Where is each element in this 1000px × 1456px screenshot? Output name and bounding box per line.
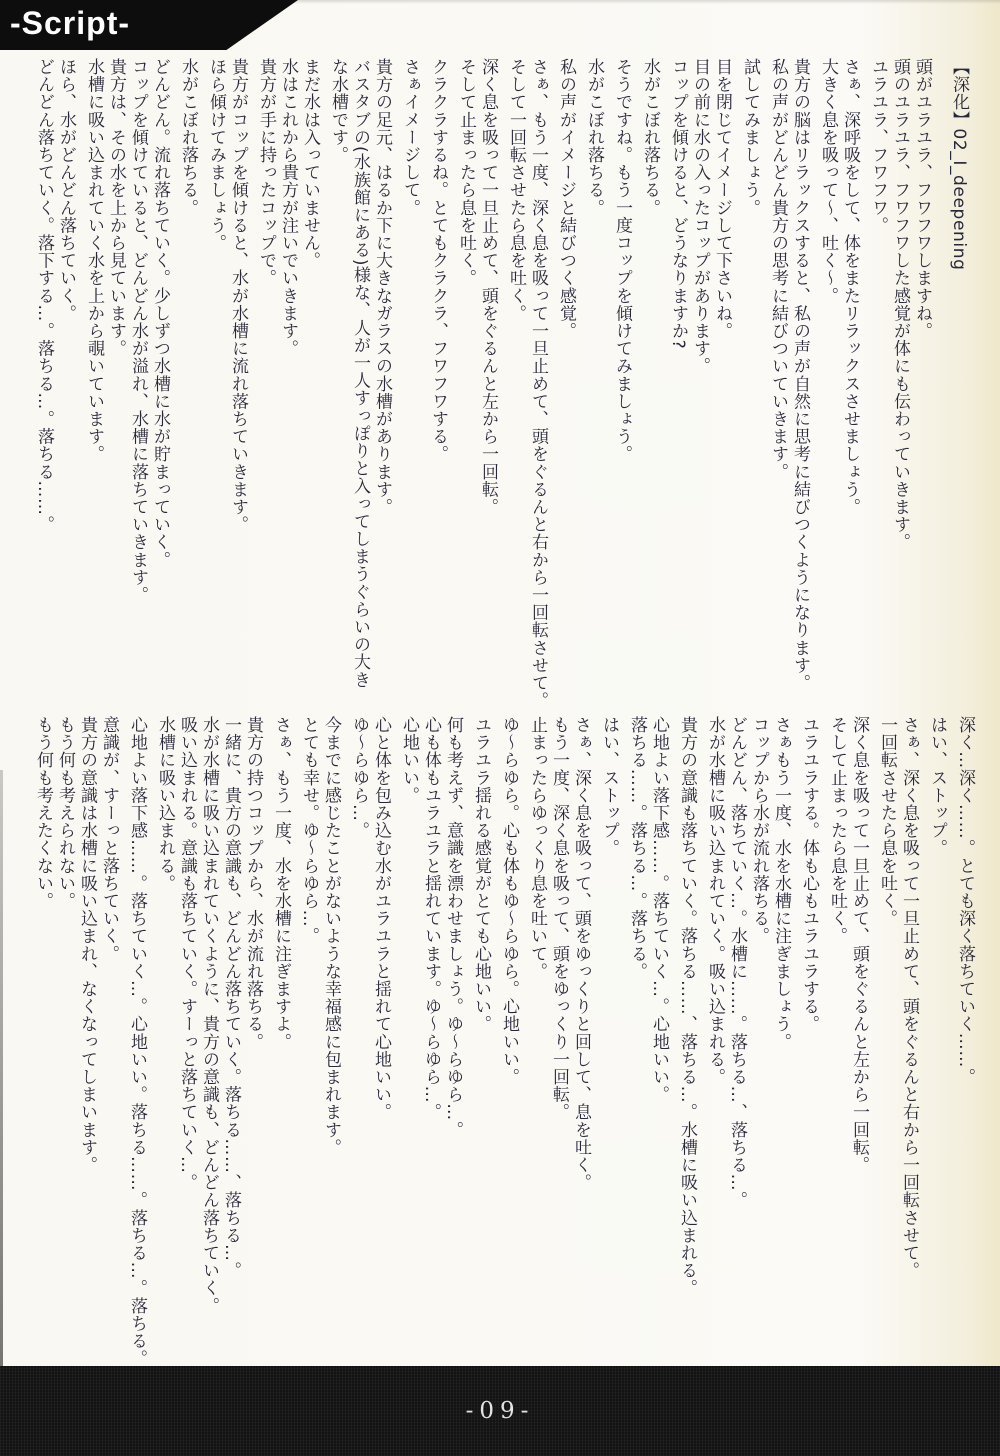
page-number: -09- <box>466 1398 535 1424</box>
script-paragraph: 目を閉じてイメージして下さいね。目の前に水の入ったコップがあります。コップを傾け… <box>667 58 733 712</box>
script-paragraph: 水がこぼれ落ちる。 <box>639 58 661 712</box>
script-line: 意識が、すーっと落ちていく。 <box>98 716 120 1364</box>
script-paragraph: 心地よい落下感……。落ちていく…。心地いい。落ちる……。落ちる…。落ちる。 <box>626 716 670 1364</box>
script-line: 水はこれから貴方が注いでいきます。 <box>277 58 299 712</box>
script-line: ゆ～らゆら…。 <box>348 716 370 1364</box>
script-line: 大きく息を吸って～、吐く～。 <box>817 58 839 712</box>
script-text-block-top: 【深化】02_I_deepening頭がユラユラ、フワフワしますね。頭のユラユラ… <box>26 58 970 712</box>
script-line: 水がこぼれ落ちる。 <box>177 58 199 712</box>
script-paragraph: 心と体を包み込む水がユラユラと揺れて心地いい。ゆ～らゆら…。 <box>348 716 392 1364</box>
script-line: 水が水槽に吸い込まれていく。吸い込まれる。 <box>704 716 726 1364</box>
script-line: 貴方の意識は水槽に吸い込まれ、なくなってしまいます。 <box>76 716 98 1364</box>
script-line: そして止まったら息を吐く。 <box>826 716 848 1364</box>
script-paragraph: 深く…深く……。とても深く落ちていく……。 <box>954 716 976 1364</box>
script-paragraph: 貴方の脳はリラックスすると、私の声が自然に思考に結びつくようになります。私の声が… <box>767 58 811 712</box>
script-line: 試してみましょう。 <box>739 58 761 712</box>
script-paragraph: 私の声がイメージと結びつく感覚。 <box>555 58 577 712</box>
script-line: 水が水槽に吸い込まれていくように、貴方の意識も、どんどん落ちていく。 <box>198 716 220 1364</box>
script-paragraph: 心地よい落下感……。落ちていく…。心地いい。落ちる……。落ちる…。落ちる。 <box>126 716 148 1364</box>
script-line: さぁもう一度、水を水槽に注ぎましょう。 <box>770 716 792 1364</box>
script-line: とても幸せ。ゆ～らゆら…。 <box>298 716 320 1364</box>
script-line: はい、ストップ。 <box>598 716 620 1364</box>
script-line: 貴方の持つコップから、水が流れ落ちる。 <box>242 716 264 1364</box>
scan-edge-line <box>0 770 3 1366</box>
script-line: 貴方がコップを傾けると、水が水槽に流れ落ちていきます。 <box>227 58 249 712</box>
script-line: ほら、水がどんどん落ちていく。 <box>55 58 77 712</box>
script-line: 深く…深く……。とても深く落ちていく……。 <box>954 716 976 1364</box>
script-line: 心地よい落下感……。落ちていく…。心地いい。落ちる……。落ちる…。落ちる。 <box>126 716 148 1364</box>
script-line: さぁ、深く息を吸って一旦止めて、頭をぐるんと右から一回転させて。 <box>898 716 920 1364</box>
script-line: そして止まったら息を吐く。 <box>455 58 477 712</box>
script-paragraph: ユラユラする。体も心もユラユラする。 <box>798 716 820 1364</box>
script-line: 水槽に吸い込まれていく水を上から覗いています。 <box>83 58 105 712</box>
script-paragraph: 意識が、すーっと落ちていく。貴方の意識は水槽に吸い込まれ、なくなってしまいます。… <box>32 716 120 1364</box>
script-line: コップを傾けていると、どんどん水が溢れ、水槽に落ちていきます。 <box>127 58 149 712</box>
script-line: 貴方の意識も落ちていく。落ちる……、落ちる…。水槽に吸い込まれる。 <box>676 716 698 1364</box>
script-line: さぁ、深呼吸をして、体をまたリラックスさせましょう。 <box>839 58 861 712</box>
script-paragraph: どんどん。流れ落ちていく。少しずつ水槽に水が貯まっていく。コップを傾けていると、… <box>83 58 171 712</box>
script-line: 水がこぼれ落ちる。 <box>639 58 661 712</box>
script-line: 水がこぼれ落ちる。 <box>583 58 605 712</box>
script-paragraph: 今までに感じたことがないような幸福感に包まれます。とても幸せ。ゆ～らゆら…。 <box>298 716 342 1364</box>
script-paragraph: さぁ、もう一度、水を水槽に注ぎますよ。 <box>270 716 292 1364</box>
script-paragraph: 何も考えず、意識を漂わせましょう。ゆ～らゆら…。心も体もユラユラと揺れています。… <box>398 716 464 1364</box>
script-line: まだ水は入っていません。 <box>299 58 321 712</box>
script-line: ユラユラ揺れる感覚がとても心地いい。 <box>470 716 492 1364</box>
script-line: ユラユラする。体も心もユラユラする。 <box>798 716 820 1364</box>
script-line: バスタブの(水族館にある)様な、人が一人すっぽりと入ってしまうぐらいの大き <box>349 58 371 712</box>
script-text-block-bottom: 深く…深く……。とても深く落ちていく……。はい、ストップ。さぁ、深く息を吸って一… <box>20 716 976 1364</box>
script-line: な水槽です。 <box>327 58 349 712</box>
script-line: はい、ストップ。 <box>926 716 948 1364</box>
script-line: クラクラするね。とてもクラクラ、フワフワする。 <box>427 58 449 712</box>
script-line: 貴方は、その水を上から見ています。 <box>105 58 127 712</box>
script-paragraph: ほら、水がどんどん落ちていく。どんどん落ちていく。落下する…。落ちる…。落ちる…… <box>33 58 77 712</box>
script-line: さぁ、もう一度、深く息を吸って一旦止めて、頭をぐるんと右から一回転させて。 <box>527 58 549 712</box>
script-line: 何も考えず、意識を漂わせましょう。ゆ～らゆら…。 <box>442 716 464 1364</box>
script-line: 一緒に、貴方の意識も、どんどん落ちていく。落ちる……、落ちる…。 <box>220 716 242 1364</box>
script-line: さぁ、もう一度、水を水槽に注ぎますよ。 <box>270 716 292 1364</box>
script-line: 心地よい落下感……。落ちていく…。心地いい。 <box>648 716 670 1364</box>
script-line: もう何も考えられない。 <box>54 716 76 1364</box>
script-paragraph: ユラユラ揺れる感覚がとても心地いい。 <box>470 716 492 1364</box>
script-paragraph: 貴方の意識も落ちていく。落ちる……、落ちる…。水槽に吸い込まれる。 <box>676 716 698 1364</box>
script-paragraph: さぁイメージして。 <box>399 58 421 712</box>
script-line: ほら傾けてみましょう。 <box>205 58 227 712</box>
script-line: 貴方の脳はリラックスすると、私の声が自然に思考に結びつくようになります。 <box>789 58 811 712</box>
script-line: 頭のユラユラ、フワフワした感覚が体にも伝わっていきます。 <box>889 58 911 712</box>
script-line: どんどん、落ちていく…。水槽に……。落ちる…、落ちる…。 <box>726 716 748 1364</box>
script-line: どんどん。流れ落ちていく。少しずつ水槽に水が貯まっていく。 <box>149 58 171 712</box>
script-line: 止まったらゆっくり息を吐いて。 <box>526 716 548 1364</box>
script-paragraph: さぁ、深く息を吸って、頭をゆっくりと回して、息を吐く。もう一度、深く息を吸って、… <box>526 716 592 1364</box>
script-line: そうですね。もう一度コップを傾けてみましょう。 <box>611 58 633 712</box>
script-header-banner: -Script- <box>0 0 298 50</box>
script-line: 一回転させたら息を吐く。 <box>876 716 898 1364</box>
script-paragraph: 貴方がコップを傾けると、水が水槽に流れ落ちていきます。ほら傾けてみましょう。 <box>205 58 249 712</box>
script-line: どんどん落ちていく。落下する…。落ちる…。落ちる……。 <box>33 58 55 712</box>
script-line: ユラユラ、フワフワ。 <box>867 58 889 712</box>
script-line: 目の前に水の入ったコップがあります。 <box>689 58 711 712</box>
section-heading: 【深化】02_I_deepening <box>948 58 970 712</box>
script-line: 今までに感じたことがないような幸福感に包まれます。 <box>320 716 342 1364</box>
script-line: コップから水が流れ落ちる。 <box>748 716 770 1364</box>
script-paragraph: 貴方の持つコップから、水が流れ落ちる。一緒に、貴方の意識も、どんどん落ちていく。… <box>154 716 264 1364</box>
script-paragraph: さぁ、もう一度、深く息を吸って一旦止めて、頭をぐるんと右から一回転させて。そして… <box>505 58 549 712</box>
script-line: 心地いい。 <box>398 716 420 1364</box>
script-line: 吸い込まれる。意識も落ちていく。すーっと落ちていく…。 <box>176 716 198 1364</box>
script-paragraph: 水がこぼれ落ちる。 <box>177 58 199 712</box>
page-title: -Script- <box>0 0 298 46</box>
script-paragraph: はい、ストップ。 <box>598 716 620 1364</box>
script-line: もう一度、深く息を吸って、頭をゆっくり一回転。 <box>548 716 570 1364</box>
script-line: コップを傾けると、どうなりますか? <box>667 58 689 712</box>
script-line: 目を閉じてイメージして下さいね。 <box>711 58 733 712</box>
script-line: 深く息を吸って一旦止めて、頭をぐるんと左から一回転。 <box>477 58 499 712</box>
script-paragraph: ゆ～らゆら。心も体もゆ～らゆら。心地いい。 <box>498 716 520 1364</box>
script-paragraph: 深く息を吸って一旦止めて、頭をぐるんと左から一回転。そして止まったら息を吐く。 <box>826 716 870 1364</box>
script-line: もう何も考えたくない。 <box>32 716 54 1364</box>
script-line: そして一回転させたら息を吐く。 <box>505 58 527 712</box>
script-line: 心も体もユラユラと揺れています。ゆ～らゆら…。 <box>420 716 442 1364</box>
script-paragraph: 水がこぼれ落ちる。 <box>583 58 605 712</box>
script-paragraph: まだ水は入っていません。水はこれから貴方が注いでいきます。貴方が手に持ったコップ… <box>255 58 321 712</box>
script-line: 【深化】02_I_deepening <box>948 58 970 712</box>
script-line: ゆ～らゆら。心も体もゆ～らゆら。心地いい。 <box>498 716 520 1364</box>
script-line: 心と体を包み込む水がユラユラと揺れて心地いい。 <box>370 716 392 1364</box>
script-paragraph: さぁもう一度、水を水槽に注ぎましょう。コップから水が流れ落ちる。どんどん、落ちて… <box>704 716 792 1364</box>
footer-bar: -09- <box>0 1366 1000 1456</box>
script-line: 私の声がどんどん貴方の思考に結びついていきます。 <box>767 58 789 712</box>
script-paragraph: 深く息を吸って一旦止めて、頭をぐるんと左から一回転。そして止まったら息を吐く。 <box>455 58 499 712</box>
script-paragraph: はい、ストップ。 <box>926 716 948 1364</box>
script-paragraph: そうですね。もう一度コップを傾けてみましょう。 <box>611 58 633 712</box>
script-line: 私の声がイメージと結びつく感覚。 <box>555 58 577 712</box>
script-line: さぁイメージして。 <box>399 58 421 712</box>
script-line: 深く息を吸って一旦止めて、頭をぐるんと左から一回転。 <box>848 716 870 1364</box>
script-line: 落ちる……。落ちる…。落ちる。 <box>626 716 648 1364</box>
script-line: 貴方が手に持ったコップで。 <box>255 58 277 712</box>
script-line: 貴方の足元、はるか下に大きなガラスの水槽があります。 <box>371 58 393 712</box>
script-paragraph: さぁ、深呼吸をして、体をまたリラックスさせましょう。大きく息を吸って～、吐く～。 <box>817 58 861 712</box>
script-paragraph: さぁ、深く息を吸って一旦止めて、頭をぐるんと右から一回転させて。一回転させたら息… <box>876 716 920 1364</box>
script-line: 頭がユラユラ、フワフワしますね。 <box>911 58 933 712</box>
script-paragraph: 貴方の足元、はるか下に大きなガラスの水槽があります。バスタブの(水族館にある)様… <box>327 58 393 712</box>
script-paragraph: 試してみましょう。 <box>739 58 761 712</box>
script-paragraph: 頭がユラユラ、フワフワしますね。頭のユラユラ、フワフワした感覚が体にも伝わってい… <box>867 58 933 712</box>
script-line: 水槽に吸い込まれる。 <box>154 716 176 1364</box>
script-paragraph: クラクラするね。とてもクラクラ、フワフワする。 <box>427 58 449 712</box>
script-line: さぁ、深く息を吸って、頭をゆっくりと回して、息を吐く。 <box>570 716 592 1364</box>
